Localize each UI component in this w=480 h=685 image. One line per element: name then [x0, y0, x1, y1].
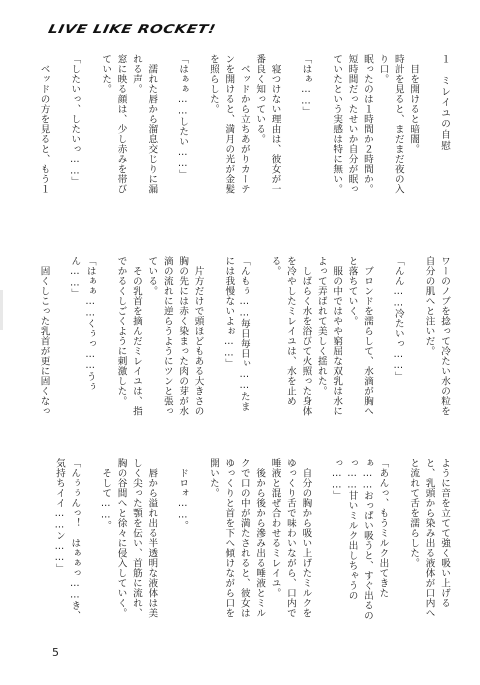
paragraph: そして……。 [98, 458, 113, 626]
paragraph: 「んもぅ……毎日毎日ぃ……たまには我慢ないよぉ……」 [221, 256, 252, 416]
paragraph: ように音を立てて強く吸い上げると、乳頭から染み出る液体が口内へと流れて舌を濡らし… [406, 458, 452, 626]
paragraph-spacer [421, 54, 436, 200]
paragraph: その乳首を摘んだミレイユは、指でかるくしごくように刺激した。 [113, 256, 144, 416]
page-edge-shadow [0, 290, 3, 330]
paragraph-spacer [159, 458, 174, 626]
paragraph-spacer [313, 54, 328, 200]
paragraph-spacer [206, 256, 221, 416]
paragraph-spacer [390, 458, 405, 626]
paragraph: ブロンドを濡らして、水滴が胸へと落ちていく。 [344, 256, 375, 416]
paragraph: ワーのノブを捻って冷たい水の粒を自分の肌へと注いだ。 [421, 256, 452, 416]
paragraph-spacer [406, 256, 421, 416]
paragraph: 片方だけで頭ほどもある大きさの胸の先には赤く染まった肉の芽が水滴の流れに逆らうよ… [144, 256, 206, 416]
paragraph-spacer [283, 54, 298, 200]
paragraph-spacer [190, 458, 205, 626]
paragraph: 寝つけない理由は、彼女が一番良く知っている。 [252, 54, 283, 200]
paragraph-spacer [82, 54, 97, 200]
paragraph: 「はぁぁ……くぅっ……うぅん……」 [67, 256, 98, 416]
running-header-title: LIVE LIKE ROCKET! [47, 22, 217, 36]
text-tier-bottom: ように音を立てて強く吸い上げると、乳頭から染み出る液体が口内へと流れて舌を濡らし… [40, 458, 452, 626]
paragraph-spacer [375, 256, 390, 416]
paragraph: 眠ったのは１時間か２時間か。 [360, 54, 375, 200]
paragraph: 「あんっ、もうミルク出てきたぁ……おっぱい吸うと、すぐ出るのっ……甘いミルク出し… [329, 458, 391, 626]
paragraph-spacer [159, 54, 174, 200]
paragraph: 濡れた唇から溜息交じりに漏れる声。 [129, 54, 160, 200]
chapter-heading: １ ミレイユの自慰 [437, 54, 452, 200]
paragraph: ベッドの方を見ると、もう１人、同じベッドに少女が眠っている。 [40, 54, 52, 200]
paragraph: 「はぁ……」 [298, 54, 313, 200]
paragraph: 窓に映る顔は、少し赤みを帯びていた。 [98, 54, 129, 200]
paragraph: 後から後から滲み出る唾液とミルクで口の中が満たされると、彼女はゆっくりと首を下へ… [206, 458, 268, 626]
text-tier-top: １ ミレイユの自慰目を開けると暗闇。時計を見ると、まだまだ夜の入り口。眠ったのは… [40, 54, 452, 200]
text-tier-middle: ワーのノブを捻って冷たい水の粒を自分の肌へと注いだ。「んん……冷たいっ……」ブロ… [40, 256, 452, 416]
paragraph-spacer [52, 54, 67, 200]
paragraph: 自分の胸から吸い上げたミルクをゆっくり舌で味わいながら、口内で唾液と混ぜ合わせる… [267, 458, 313, 626]
paragraph: 「はぁぁ……したい……」 [175, 54, 190, 200]
paragraph: 固くしこった乳首が更に固くなった事を指で確認すると、胸を下から持ち上げて軽く揉み… [40, 256, 52, 416]
paragraph: 時計を見ると、まだまだ夜の入り口。 [375, 54, 406, 200]
paragraph: 唇から溢れ出る半透明な液体は美しく尖った顎を伝い、首筋に流れ、胸の谷間へと徐々に… [113, 458, 159, 626]
paragraph: ドロォ……。 [175, 458, 190, 626]
page-number: 5 [52, 646, 59, 659]
document-page: LIVE LIKE ROCKET! １ ミレイユの自慰目を開けると暗闇。時計を見… [0, 0, 480, 685]
paragraph-spacer [190, 54, 205, 200]
paragraph: 「したいっ、したいっ……」 [67, 54, 82, 200]
paragraph-spacer [52, 256, 67, 416]
paragraph: 「んん……冷たいっ……」 [390, 256, 405, 416]
paragraph-spacer [252, 256, 267, 416]
paragraph-spacer [98, 256, 113, 416]
paragraph: 短時間だったせいか自分が眠っていたという実感は特に無い。 [329, 54, 360, 200]
paragraph-spacer [40, 458, 52, 626]
paragraph-spacer [82, 458, 97, 626]
paragraph: ベッドから立ちあがりカーテンを開けると、満月の光が金髪を照らした。 [206, 54, 252, 200]
paragraph: 服の中ではやや窮屈な双乳は水によって弄ばれて美しく揺れた。 [313, 256, 344, 416]
paragraph-spacer [313, 458, 328, 626]
paragraph: 目を開けると暗闇。 [406, 54, 421, 200]
paragraph: しばらく水を浴びて火照った身体を冷やしたミレイユは、水を止める。 [267, 256, 313, 416]
paragraph: 「んぅぅんっ！ はぁぁっ……き、気持ちイイ……ン……」 [52, 458, 83, 626]
